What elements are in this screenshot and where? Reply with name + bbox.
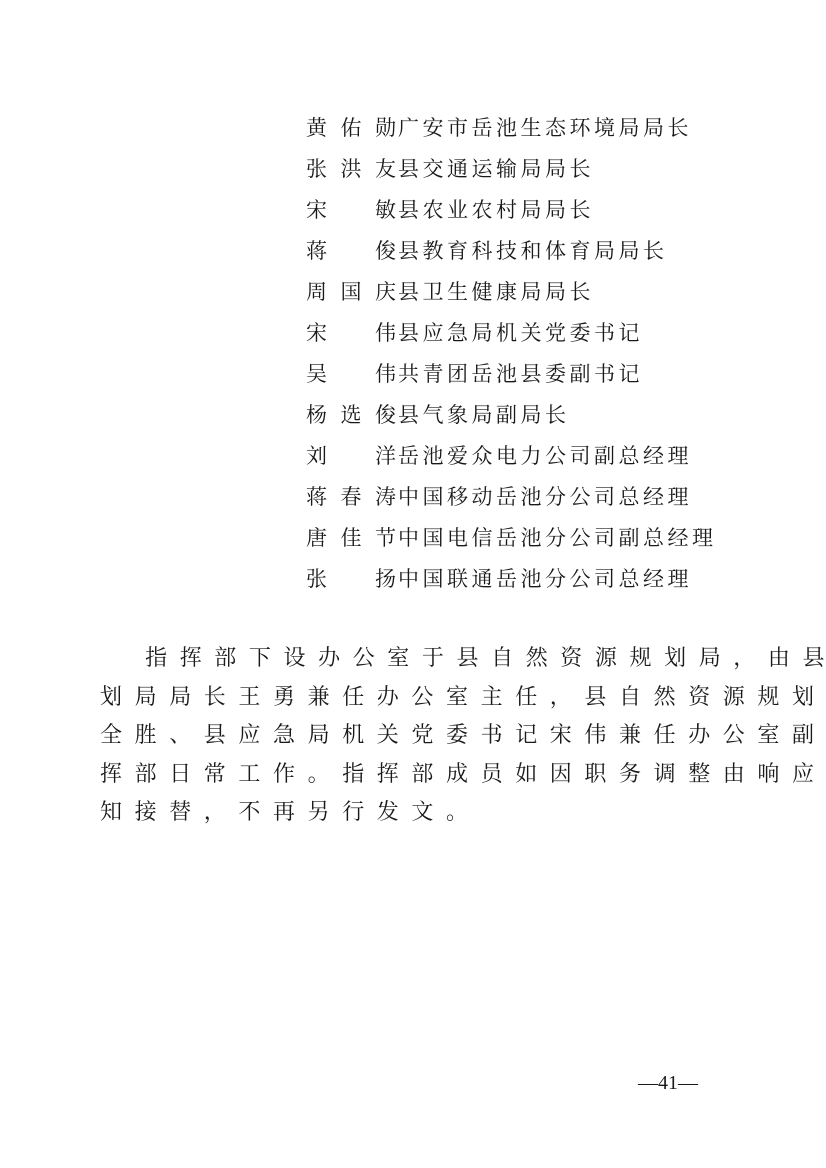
member-name: 黄佑勋 — [306, 112, 398, 142]
member-name: 唐佳节 — [306, 522, 398, 552]
member-title: 共青团岳池县委副书记 — [398, 358, 643, 388]
member-name: 刘 洋 — [306, 440, 398, 470]
member-title: 县教育科技和体育局局长 — [398, 235, 668, 265]
member-title: 岳池爱众电力公司副总经理 — [398, 440, 692, 470]
member-name: 吴 伟 — [306, 358, 398, 388]
member-title: 县卫生健康局局长 — [398, 276, 594, 306]
paragraph-line: 知接替，不再另行发文。 — [100, 794, 740, 833]
member-title: 中国移动岳池分公司总经理 — [398, 481, 692, 511]
member-row: 刘 洋岳池爱众电力公司副总经理 — [306, 434, 717, 475]
member-name: 宋 伟 — [306, 317, 398, 347]
member-row: 黄佑勋广安市岳池生态环境局局长 — [306, 106, 717, 147]
member-name: 宋 敏 — [306, 194, 398, 224]
member-row: 蒋 俊县教育科技和体育局局长 — [306, 229, 717, 270]
member-name: 张 扬 — [306, 563, 398, 593]
office-paragraph: 指挥部下设办公室于县自然资源规划局，由县自然资源规 划局局长王勇兼任办公室主任，… — [100, 640, 740, 833]
member-list: 黄佑勋广安市岳池生态环境局局长 张洪友县交通运输局局长 宋 敏县农业农村局局长 … — [306, 106, 717, 598]
member-name: 蒋春涛 — [306, 481, 398, 511]
member-row: 宋 伟县应急局机关党委书记 — [306, 311, 717, 352]
member-name: 杨选俊 — [306, 399, 398, 429]
paragraph-line: 指挥部下设办公室于县自然资源规划局，由县自然资源规 — [100, 640, 740, 679]
member-name: 蒋 俊 — [306, 235, 398, 265]
member-row: 张 扬中国联通岳池分公司总经理 — [306, 557, 717, 598]
member-row: 蒋春涛中国移动岳池分公司总经理 — [306, 475, 717, 516]
member-title: 县气象局副局长 — [398, 399, 570, 429]
member-title: 中国联通岳池分公司总经理 — [398, 563, 692, 593]
paragraph-line: 划局局长王勇兼任办公室主任，县自然资源规划局总工程师舒 — [100, 679, 740, 718]
member-name: 张洪友 — [306, 153, 398, 183]
member-row: 张洪友县交通运输局局长 — [306, 147, 717, 188]
member-title: 县应急局机关党委书记 — [398, 317, 643, 347]
member-title: 县交通运输局局长 — [398, 153, 594, 183]
member-row: 杨选俊县气象局副局长 — [306, 393, 717, 434]
paragraph-line: 挥部日常工作。指挥部成员如因职务调整由响应接任工作的通 — [100, 756, 740, 795]
member-row: 唐佳节中国电信岳池分公司副总经理 — [306, 516, 717, 557]
page-number: —41— — [638, 1072, 698, 1095]
member-name: 周国庆 — [306, 276, 398, 306]
member-title: 中国电信岳池分公司副总经理 — [398, 522, 717, 552]
member-row: 吴 伟共青团岳池县委副书记 — [306, 352, 717, 393]
member-title: 县农业农村局局长 — [398, 194, 594, 224]
member-row: 宋 敏县农业农村局局长 — [306, 188, 717, 229]
paragraph-line: 全胜、县应急局机关党委书记宋伟兼任办公室副主任，负责指 — [100, 717, 740, 756]
member-row: 周国庆县卫生健康局局长 — [306, 270, 717, 311]
member-title: 广安市岳池生态环境局局长 — [398, 112, 692, 142]
